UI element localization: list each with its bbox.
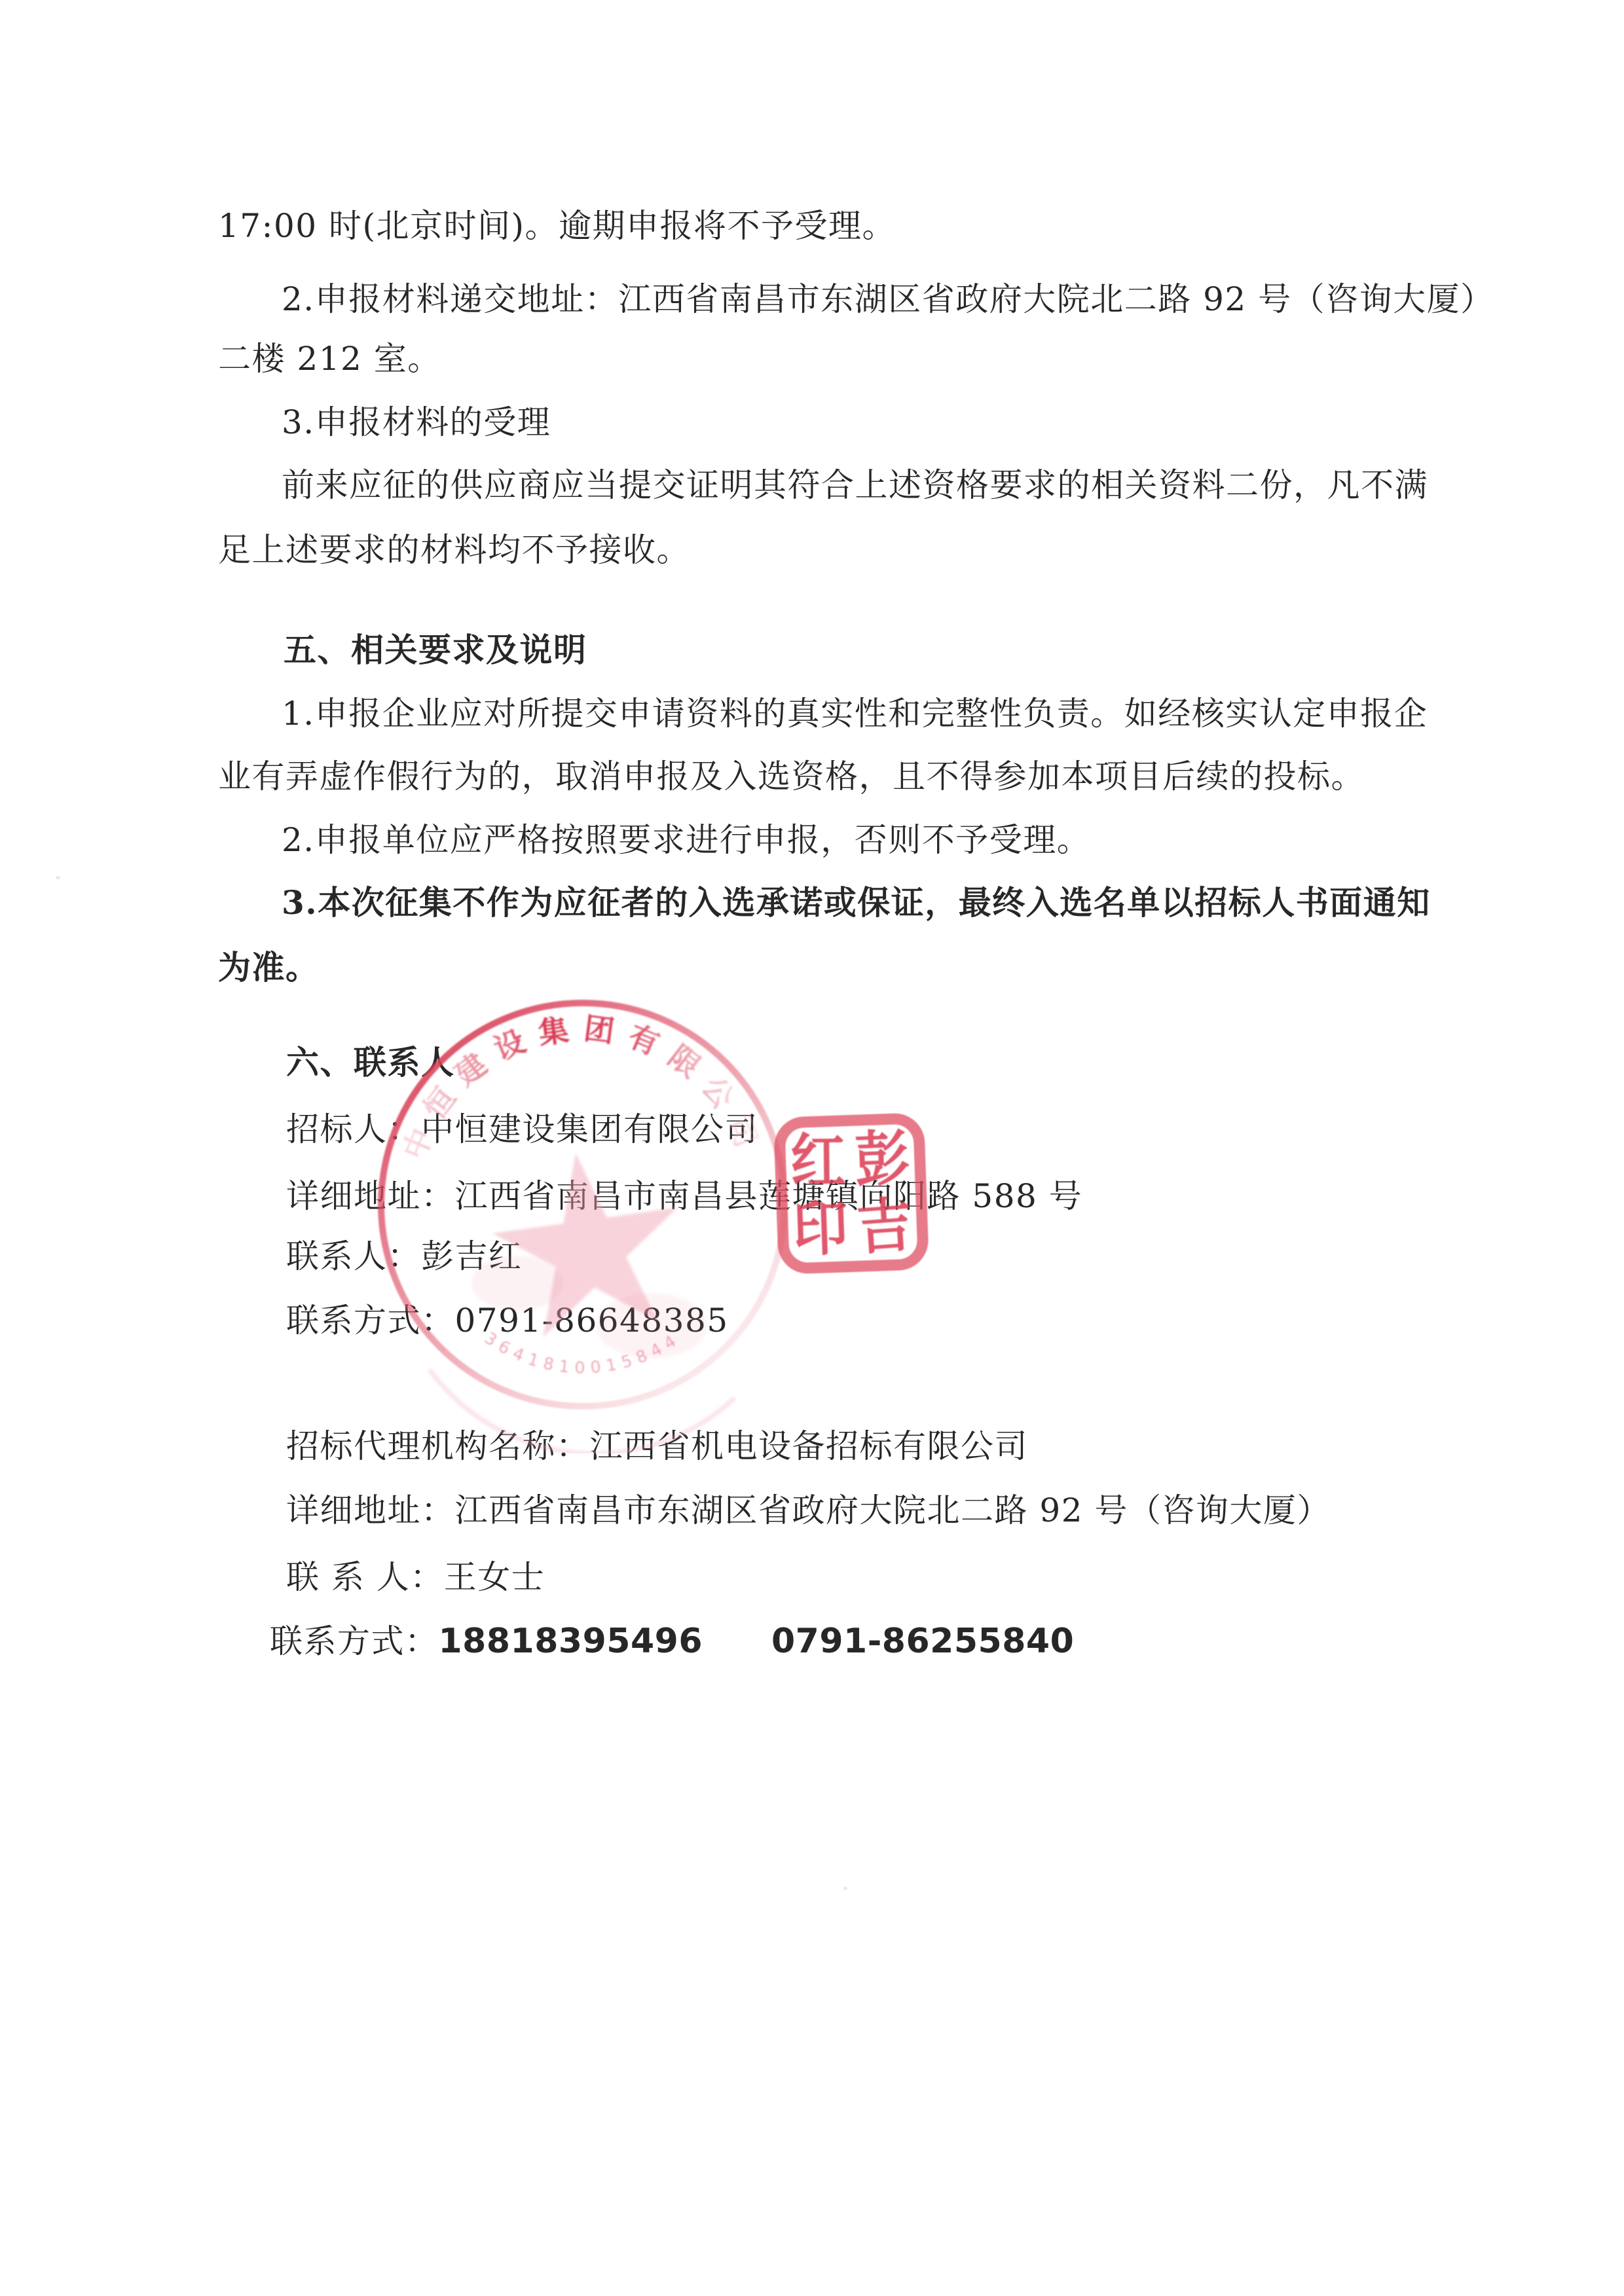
text-line: 17:00 时(北京时间)。逾期申报将不予受理。	[218, 202, 896, 249]
text-line: 联系人：彭吉红	[286, 1233, 523, 1280]
text-line: 联 系 人：王女士	[286, 1554, 545, 1601]
text-line: 1.申报企业应对所提交申请资料的真实性和完整性负责。如经核实认定申报企	[282, 690, 1428, 737]
text-line: 联系方式：0791-86648385	[286, 1297, 729, 1344]
scan-speck	[843, 1887, 847, 1890]
text-line: 足上述要求的材料均不予接收。	[218, 526, 690, 574]
text-line: 详细地址：江西省南昌市南昌县莲塘镇向阳路 588 号	[286, 1173, 1082, 1220]
text-line: 3.本次征集不作为应征者的入选承诺或保证，最终入选名单以招标人书面通知	[282, 879, 1431, 926]
text-layer: 17:00 时(北京时间)。逾期申报将不予受理。2.申报材料递交地址：江西省南昌…	[0, 0, 1624, 2296]
text-line: 五、相关要求及说明	[284, 627, 587, 674]
text-line: 2.申报单位应严格按照要求进行申报，否则不予受理。	[282, 816, 1090, 864]
scan-speck	[56, 876, 60, 879]
text-run: 18818395496	[439, 1622, 703, 1661]
text-line: 详细地址：江西省南昌市东湖区省政府大院北二路 92 号（咨询大厦）	[286, 1487, 1331, 1534]
text-line: 联系方式：188183954960791-86255840	[270, 1618, 1074, 1665]
document-page: 17:00 时(北京时间)。逾期申报将不予受理。2.申报材料递交地址：江西省南昌…	[0, 0, 1624, 2296]
text-line: 业有弄虚作假行为的，取消申报及入选资格，且不得参加本项目后续的投标。	[218, 753, 1365, 800]
text-line: 招标代理机构名称：江西省机电设备招标有限公司	[286, 1423, 1028, 1470]
text-line: 3.申报材料的受理	[282, 399, 551, 446]
text-line: 前来应征的供应商应当提交证明其符合上述资格要求的相关资料二份，凡不满	[282, 462, 1428, 509]
text-run: 联系方式：	[270, 1622, 439, 1660]
text-line: 六、联系人	[286, 1039, 455, 1086]
text-line: 二楼 212 室。	[218, 335, 441, 382]
text-line: 为准。	[218, 944, 320, 991]
text-line: 2.申报材料递交地址：江西省南昌市东湖区省政府大院北二路 92 号（咨询大厦）	[282, 276, 1494, 323]
text-run: 0791-86255840	[771, 1622, 1074, 1661]
text-line: 招标人：中恒建设集团有限公司	[286, 1106, 758, 1153]
